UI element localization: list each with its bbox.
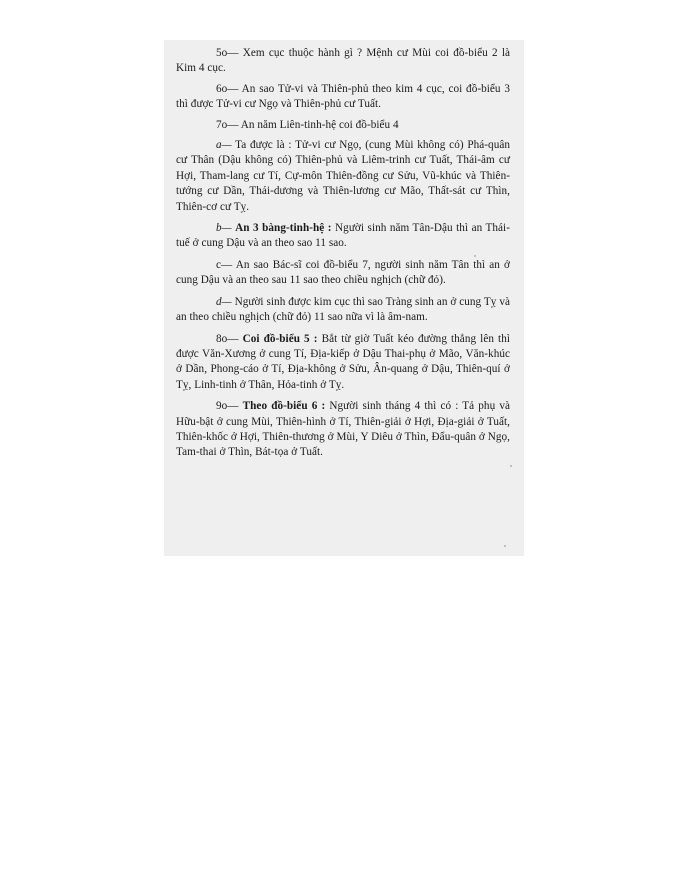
paragraph-7: 7o— An năm Liên-tinh-hệ coi đồ-biểu 4 — [176, 118, 510, 133]
scan-speck — [504, 545, 506, 547]
paragraph-heading: An 3 bàng-tinh-hệ : — [235, 222, 331, 234]
item-number: 6o— — [216, 83, 239, 95]
paragraph-6: 6o— An sao Tử-vi và Thiên-phủ theo kim 4… — [176, 82, 510, 113]
paragraph-9: 9o— Theo đồ-biểu 6 : Người sinh tháng 4 … — [176, 399, 510, 461]
paragraph-d: d— Người sinh được kim cục thì sao Tràng… — [176, 295, 510, 326]
scan-speck — [474, 255, 476, 257]
paragraph-a: a— Ta được là : Tử-vi cư Ngọ, (cung Mùi … — [176, 138, 510, 215]
paragraph-b: b— An 3 bàng-tinh-hệ : Người sinh năm Tâ… — [176, 221, 510, 252]
item-number: 9o— — [216, 400, 239, 412]
scan-speck — [504, 190, 506, 192]
item-letter: b— — [216, 222, 232, 234]
item-number: 7o— — [216, 119, 239, 131]
item-number: 8o— — [216, 333, 239, 345]
item-number: 5o— — [216, 47, 239, 59]
paragraph-text: An năm Liên-tinh-hệ coi đồ-biểu 4 — [239, 119, 399, 131]
paragraph-heading: Coi đồ-biểu 5 : — [243, 333, 318, 345]
scanned-book-page: 5o— Xem cục thuộc hành gì ? Mệnh cư Mùi … — [164, 40, 524, 556]
item-letter: c— — [216, 259, 232, 271]
paragraph-5: 5o— Xem cục thuộc hành gì ? Mệnh cư Mùi … — [176, 46, 510, 77]
item-letter: d— — [216, 296, 232, 308]
paragraph-heading: Theo đồ-biểu 6 : — [243, 400, 326, 412]
paragraph-c: c— An sao Bác-sĩ coi đồ-biểu 7, người si… — [176, 258, 510, 289]
item-letter: a— — [216, 139, 232, 151]
paragraph-8: 8o— Coi đồ-biểu 5 : Bắt từ giờ Tuất kéo … — [176, 332, 510, 394]
scan-speck — [510, 465, 512, 467]
